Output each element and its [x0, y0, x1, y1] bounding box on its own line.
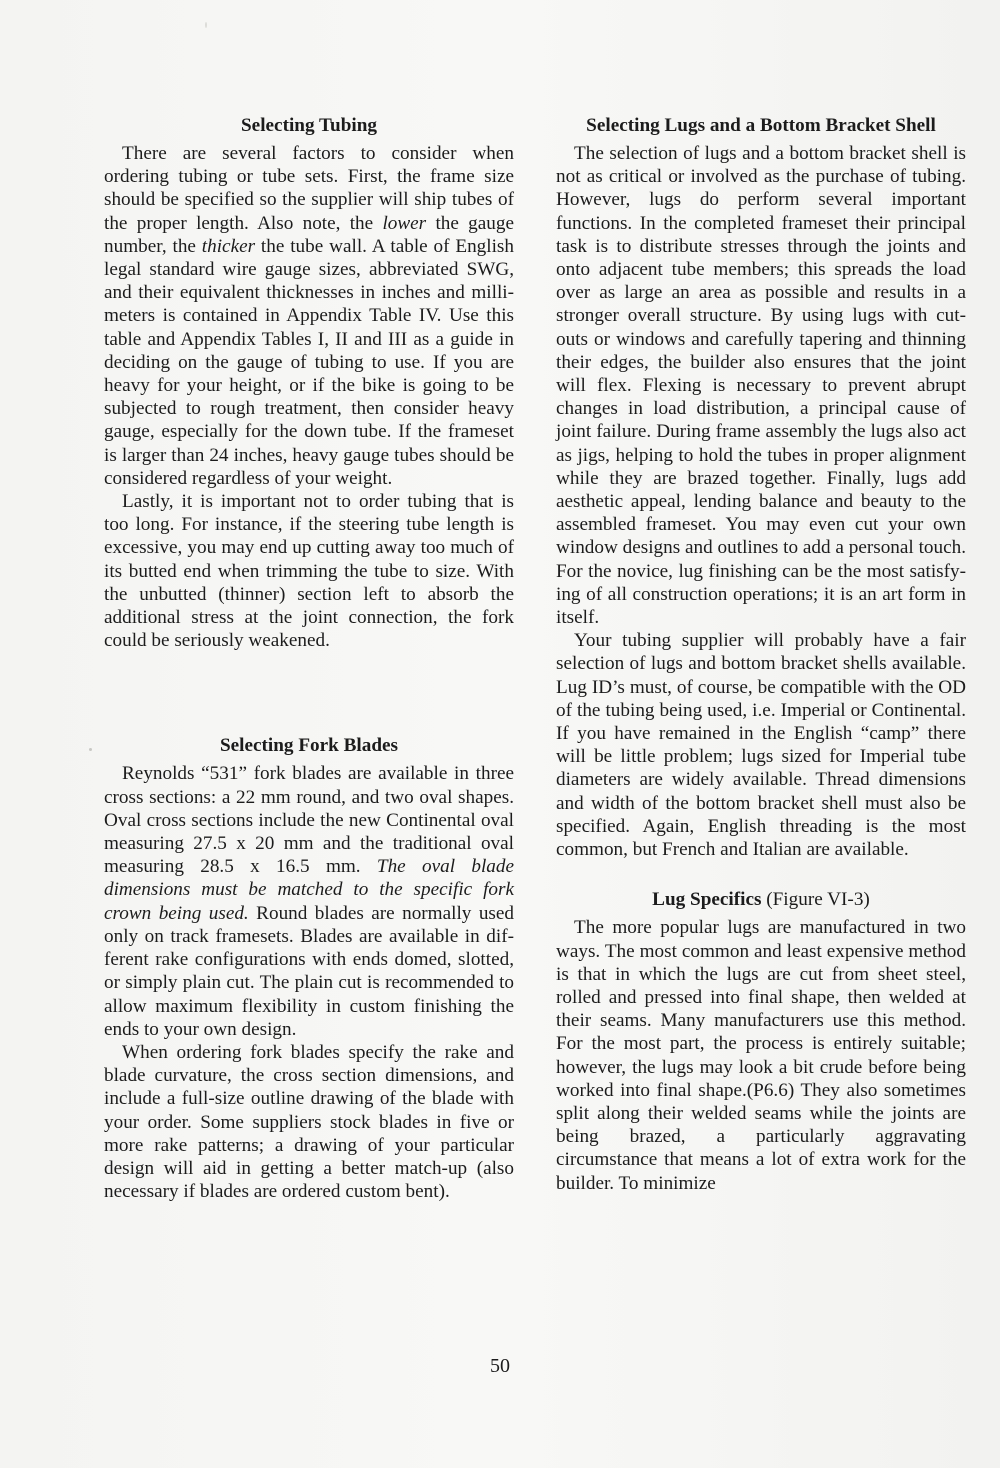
paper-speck [89, 748, 92, 751]
section-heading: Selecting Tubing [104, 114, 514, 138]
paragraph: Lastly, it is important not to order tub… [104, 490, 514, 652]
paragraph: The more popular lugs are manufactured i… [556, 916, 966, 1194]
page-number: 50 [0, 1355, 1000, 1378]
paragraph: The selection of lugs and a bottom brack… [556, 142, 966, 629]
section-heading: Lug Specifics (Figure VI-3) [556, 888, 966, 912]
text-run: the tube wall. A table of English legal … [104, 236, 514, 489]
section-lug-specifics: Lug Specifics (Figure VI-3) The more pop… [556, 888, 966, 1194]
paragraph: Reynolds “531” fork blades are available… [104, 762, 514, 1040]
section-selecting-tubing: Selecting Tubing There are several facto… [104, 114, 514, 652]
right-column: Selecting Lugs and a Bottom Bracket Shel… [556, 114, 966, 1195]
figure-reference: (Figure VI-3) [761, 889, 869, 910]
section-heading: Selecting Fork Blades [104, 734, 514, 758]
paragraph: There are several factors to consider wh… [104, 142, 514, 490]
section-spacer [556, 861, 966, 888]
section-heading: Selecting Lugs and a Bottom Bracket Shel… [556, 114, 966, 138]
book-page: Selecting Tubing There are several facto… [0, 0, 1000, 1468]
left-column: Selecting Tubing There are several facto… [104, 114, 514, 1203]
paragraph: When ordering fork blades specify the ra… [104, 1041, 514, 1203]
paragraph: Your tubing supplier will probably have … [556, 629, 966, 861]
section-selecting-lugs: Selecting Lugs and a Bottom Bracket Shel… [556, 114, 966, 861]
italic-emphasis: thicker [202, 236, 255, 257]
section-spacer [104, 652, 514, 734]
section-selecting-fork-blades: Selecting Fork Blades Reynolds “531” for… [104, 734, 514, 1203]
heading-title: Lug Specifics [652, 889, 761, 910]
italic-emphasis: lower [382, 213, 426, 234]
paper-speck [205, 22, 207, 28]
